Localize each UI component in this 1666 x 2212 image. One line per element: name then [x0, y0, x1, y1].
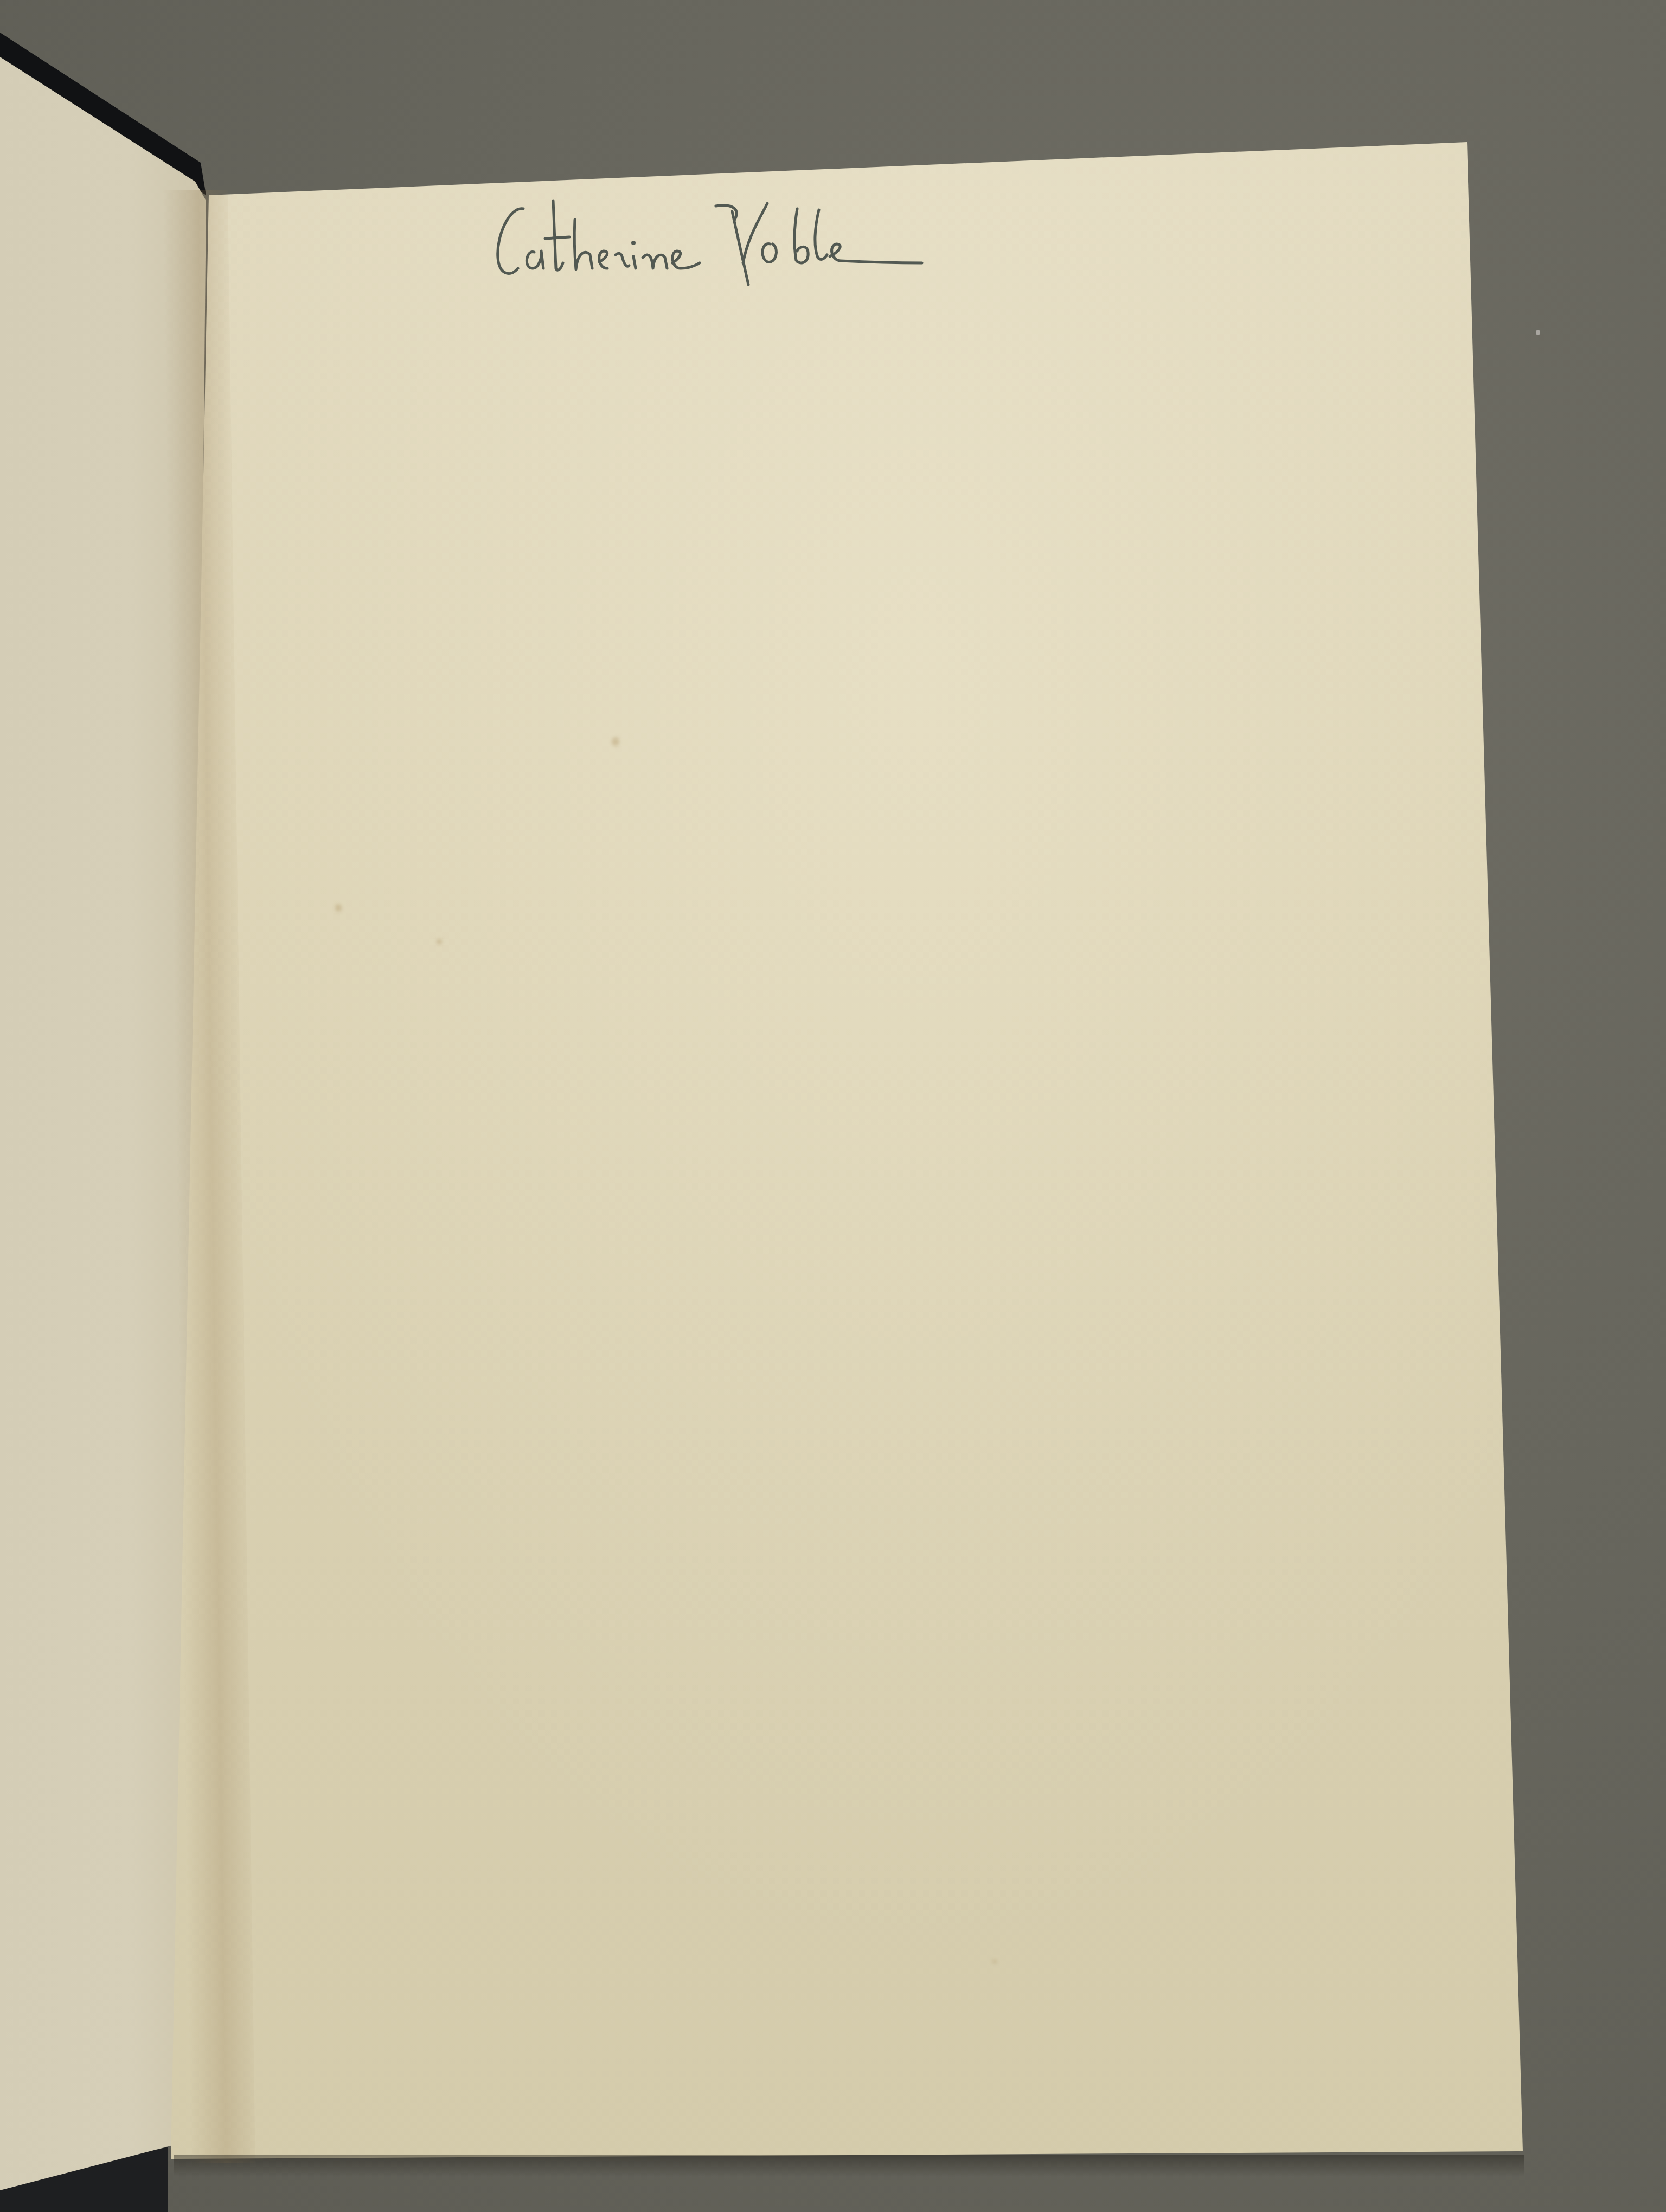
handwritten-signature: Catherine Noble	[494, 187, 1133, 295]
page-bottom-shadow	[174, 2155, 1524, 2177]
open-book-scene: Catherine Noble	[0, 0, 1666, 2212]
foxing-spot	[612, 737, 619, 746]
foxing-spot	[335, 904, 342, 912]
foxing-spot	[437, 939, 442, 944]
foxing-spot	[992, 1960, 997, 1963]
dust-speck	[1536, 330, 1540, 335]
